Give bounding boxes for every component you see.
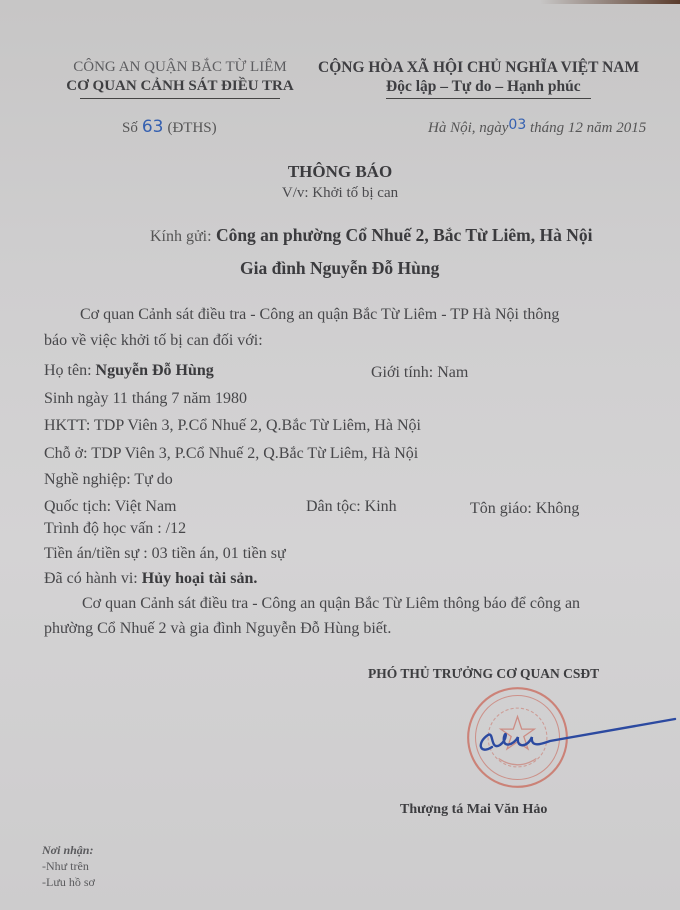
recipient-2: Gia đình Nguyễn Đỗ Hùng xyxy=(240,258,439,279)
signatory-title: PHÓ THỦ TRƯỞNG CƠ QUAN CSĐT xyxy=(368,666,599,682)
document-number: Số63(ĐTHS) xyxy=(122,117,217,137)
signatory-name: Thượng tá Mai Văn Hảo xyxy=(400,802,547,818)
field-name: Họ tên: Nguyễn Đỗ Hùng xyxy=(44,362,214,380)
agency-line-1: CÔNG AN QUẬN BẮC TỪ LIÊM xyxy=(55,58,305,77)
recipient-item: -Lưu hồ sơ xyxy=(42,874,95,890)
hktt-value: TDP Viên 3, P.Cổ Nhuế 2, Q.Bắc Từ Liêm, … xyxy=(94,417,421,434)
recipients-list: Nơi nhận: -Như trên -Lưu hồ sơ xyxy=(42,842,95,890)
motto-underline xyxy=(386,98,591,99)
number-label: Số xyxy=(122,120,138,136)
field-ethnicity: Dân tộc: Kinh xyxy=(306,498,397,516)
intro-line-1: Cơ quan Cảnh sát điều tra - Công an quận… xyxy=(80,306,559,324)
field-residence: Chỗ ở: TDP Viên 3, P.Cổ Nhuế 2, Q.Bắc Từ… xyxy=(44,445,418,463)
closing-line-1: Cơ quan Cảnh sát điều tra - Công an quận… xyxy=(82,595,580,613)
country-name: CỘNG HÒA XÃ HỘI CHỦ NGHĨA VIỆT NAM xyxy=(318,58,680,77)
field-act: Đã có hành vi: Hủy hoại tài sản. xyxy=(44,570,257,588)
handwritten-signature-icon xyxy=(470,715,680,760)
date-day-handwritten: 03 xyxy=(508,117,526,133)
residence-value: TDP Viên 3, P.Cổ Nhuế 2, Q.Bắc Từ Liêm, … xyxy=(91,445,418,462)
document-title: THÔNG BÁO xyxy=(0,162,680,182)
recipient-line: Kính gửi: Công an phường Cổ Nhuế 2, Bắc … xyxy=(150,225,592,246)
name-value: Nguyễn Đỗ Hùng xyxy=(96,362,214,379)
recipient-item: -Như trên xyxy=(42,858,95,874)
issuing-agency-header: CÔNG AN QUẬN BẮC TỪ LIÊM CƠ QUAN CẢNH SÁ… xyxy=(55,58,305,99)
field-birth: Sinh ngày 11 tháng 7 năm 1980 xyxy=(44,390,247,408)
intro-line-2: báo về việc khởi tố bị can đối với: xyxy=(44,332,263,350)
recipients-heading: Nơi nhận: xyxy=(42,842,95,858)
field-hktt: HKTT: TDP Viên 3, P.Cổ Nhuế 2, Q.Bắc Từ … xyxy=(44,417,421,435)
act-label: Đã có hành vi: xyxy=(44,570,138,587)
residence-label: Chỗ ở: xyxy=(44,445,88,462)
act-value: Hủy hoại tài sản. xyxy=(142,570,258,587)
field-religion: Tôn giáo: Không xyxy=(470,500,579,518)
hktt-label: HKTT: xyxy=(44,417,90,434)
recipient-1: Công an phường Cổ Nhuế 2, Bắc Từ Liêm, H… xyxy=(216,225,593,245)
field-education: Trình độ học vấn : /12 xyxy=(44,520,186,538)
date-prefix: Hà Nội, ngày xyxy=(428,120,508,136)
agency-line-2: CƠ QUAN CẢNH SÁT ĐIỀU TRA xyxy=(55,77,305,96)
name-label: Họ tên: xyxy=(44,362,92,379)
document-subject: V/v: Khởi tố bị can xyxy=(0,185,680,202)
field-nationality: Quốc tịch: Việt Nam xyxy=(44,498,177,516)
closing-line-2: phường Cổ Nhuế 2 và gia đình Nguyễn Đỗ H… xyxy=(44,620,391,638)
number-handwritten: 63 xyxy=(138,117,168,137)
issue-date: Hà Nội, ngày03 tháng 12 năm 2015 xyxy=(428,117,646,137)
gender-label: Giới tính: xyxy=(371,364,433,381)
gender-value: Nam xyxy=(437,364,468,381)
field-occupation: Nghề nghiệp: Tự do xyxy=(44,471,173,489)
paper-edge-shadow xyxy=(540,0,680,4)
recipient-label: Kính gửi: xyxy=(150,228,212,245)
motto: Độc lập – Tự do – Hạnh phúc xyxy=(318,77,680,96)
national-motto-header: CỘNG HÒA XÃ HỘI CHỦ NGHĨA VIỆT NAM Độc l… xyxy=(318,58,680,99)
field-criminal-record: Tiền án/tiền sự : 03 tiền án, 01 tiền sự xyxy=(44,545,286,563)
date-rest: tháng 12 năm 2015 xyxy=(530,120,646,136)
field-gender: Giới tính: Nam xyxy=(371,364,468,382)
agency-underline xyxy=(80,98,280,99)
number-suffix: (ĐTHS) xyxy=(167,120,216,136)
